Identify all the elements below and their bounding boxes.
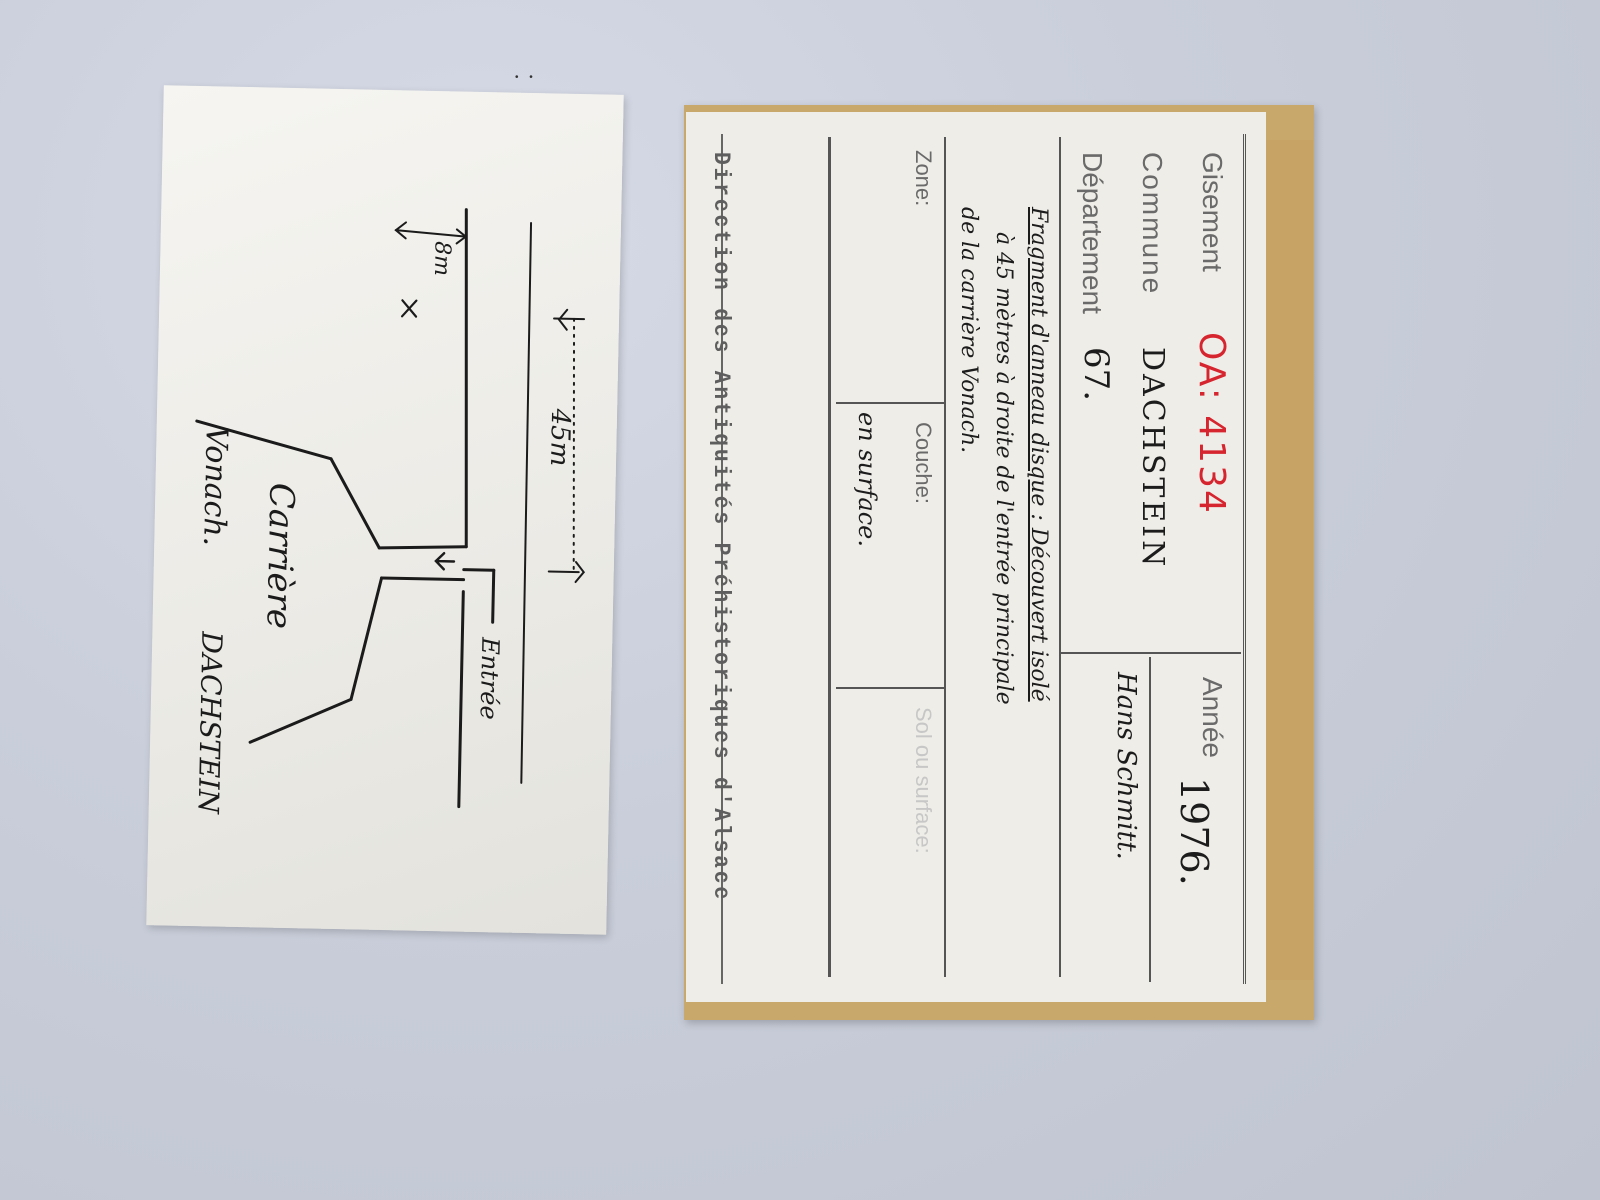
couche-label: Couche: xyxy=(910,422,936,504)
footer-divider xyxy=(828,137,831,977)
quarry-label: Carrière xyxy=(258,482,301,629)
departement-label: Département xyxy=(1076,152,1108,314)
quarry-owner-label: Vonach. xyxy=(196,426,234,547)
sketch-card: 45m 8m Entrée Carrière Vonach. DACHSTEIN xyxy=(146,85,623,934)
cardboard-tab xyxy=(1265,140,1313,980)
departement-value: 67. xyxy=(1076,347,1116,401)
site-plan-sketch: 45m 8m Entrée Carrière Vonach. DACHSTEIN xyxy=(146,85,623,934)
annee-row-divider xyxy=(1149,657,1151,982)
description-top-divider xyxy=(1059,137,1061,977)
description-line-2: à 45 mètres à droite de l'entrée princip… xyxy=(991,232,1016,705)
zone-row-divider xyxy=(944,137,946,977)
dimension-45m-label: 45m xyxy=(544,407,575,466)
dimension-8m-label: 8m xyxy=(429,241,455,276)
collector-value: Hans Schmitt. xyxy=(1111,672,1141,860)
record-card-content: Gisement OA: 4134 Commune DACHSTEIN Dépa… xyxy=(686,112,1266,1002)
faded-divider xyxy=(836,687,946,689)
gisement-label: Gisement xyxy=(1196,152,1228,272)
description-line-1: Fragment d'anneau disque : Découvert iso… xyxy=(1026,207,1051,702)
couche-divider xyxy=(836,402,946,404)
background-specks: • • xyxy=(515,72,537,83)
annee-divider xyxy=(1061,652,1241,654)
institution-footer: Direction des Antiquités Préhistoriques … xyxy=(708,152,734,905)
annee-value: 1976. xyxy=(1172,777,1216,886)
couche-value: en surface. xyxy=(853,412,881,547)
annee-label: Année xyxy=(1196,677,1228,758)
faded-label: Sol ou surface: xyxy=(910,707,936,854)
description-line-3: de la carrière Vonach. xyxy=(956,207,981,453)
record-card: Gisement OA: 4134 Commune DACHSTEIN Dépa… xyxy=(686,112,1266,1002)
entrance-label: Entrée xyxy=(475,636,505,720)
commune-label: DACHSTEIN xyxy=(192,630,229,816)
commune-label: Commune xyxy=(1136,152,1168,295)
commune-value: DACHSTEIN xyxy=(1135,347,1170,569)
gisement-value: OA: 4134 xyxy=(1191,332,1232,515)
zone-label: Zone: xyxy=(910,150,936,206)
